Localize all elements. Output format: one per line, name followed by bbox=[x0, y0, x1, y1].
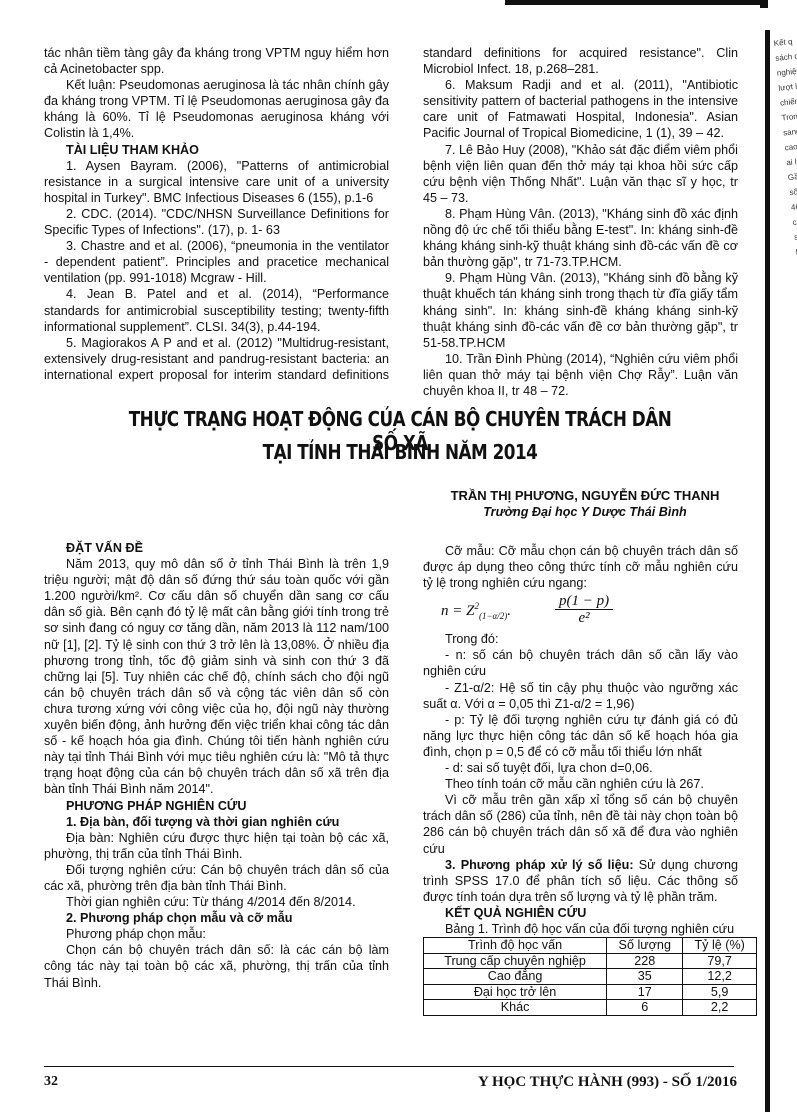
reference-item: 4. Jean B. Patel and et al. (2014), “Per… bbox=[44, 286, 389, 334]
table-caption: Bảng 1. Trình độ học vấn của đối tượng n… bbox=[423, 921, 738, 937]
sample-calc: Theo tính toán cỡ mẫu cần nghiên cứu là … bbox=[423, 776, 738, 792]
subheading-study-site: 1. Địa bàn, đối tượng và thời gian nghiê… bbox=[44, 814, 389, 830]
table-header-cell: Số lượng bbox=[607, 938, 683, 954]
sampling-label: Phương pháp chọn mẫu: bbox=[44, 926, 389, 942]
bleed-line: cán bộ chu bbox=[792, 213, 797, 230]
formula-fraction: p(1 − p) e² bbox=[555, 593, 613, 626]
references-heading: TÀI LIỆU THAM KHẢO bbox=[44, 142, 389, 158]
table-cell: 6 bbox=[607, 1000, 683, 1016]
sample-justification: Vì cỡ mẫu trên gần xấp xỉ tổng số cán bộ… bbox=[423, 792, 738, 856]
bleed-line: ai lữ 11 n bbox=[786, 153, 797, 170]
section-heading-methods: PHƯƠNG PHÁP NGHIÊN CỨU bbox=[44, 798, 389, 814]
reference-item: 6. Maksum Radji and et al. (2011), "Anti… bbox=[423, 77, 738, 141]
table-cell: 35 bbox=[607, 969, 683, 985]
table-cell: 79,7 bbox=[683, 953, 757, 969]
article-title-line-2: TẠI TỈNH THÁI BÌNH NĂM 2014 bbox=[114, 440, 685, 464]
reference-item: 8. Phạm Hùng Vân. (2013), "Kháng sinh đồ… bbox=[423, 206, 738, 270]
sampling-paragraph: Chọn cán bộ chuyên trách dân số: là các … bbox=[44, 942, 389, 990]
table-cell: 5,9 bbox=[683, 984, 757, 1000]
table-header-cell: Tỷ lệ (%) bbox=[683, 938, 757, 954]
table-cell: Đại học trở lên bbox=[424, 984, 607, 1000]
bleed-line: chiếm tỷ l bbox=[779, 93, 797, 110]
journal-footer: Y HỌC THỰC HÀNH (993) - SỐ 1/2016 bbox=[478, 1074, 737, 1091]
section-heading-results: KẾT QUẢ NGHIÊN CỨU bbox=[423, 905, 738, 921]
prev-article-left-column: tác nhân tiềm tàng gây đa kháng trong VP… bbox=[44, 45, 389, 383]
reference-item: 2. CDC. (2014). "CDC/NHSN Surveillance D… bbox=[44, 206, 389, 238]
table-header-cell: Trình độ học vấn bbox=[424, 938, 607, 954]
page-number: 32 bbox=[44, 1074, 58, 1090]
definition-n: - n: số cán bộ chuyên trách dân số cần l… bbox=[423, 647, 738, 679]
study-time-paragraph: Thời gian nghiên cứu: Từ tháng 4/2014 đế… bbox=[44, 894, 389, 910]
bleed-line: cao hoặc bbox=[784, 138, 797, 155]
table-cell: 228 bbox=[607, 953, 683, 969]
reference-item: 3. Chastre and et al. (2006), “pneumonia… bbox=[44, 238, 389, 286]
article-affiliation: Trường Đại học Y Dược Thái Bình bbox=[430, 505, 740, 519]
prev-article-conclusion: Kết luận: Pseudomonas aeruginosa là tác … bbox=[44, 77, 389, 141]
article-authors: TRẦN THỊ PHƯƠNG, NGUYỄN ĐỨC THANH bbox=[430, 488, 740, 503]
study-site-paragraph: Địa bàn: Nghiên cứu được thực hiện tại t… bbox=[44, 830, 389, 862]
scan-edge-artifact bbox=[505, 0, 767, 5]
where-label: Trong đó: bbox=[423, 631, 738, 647]
reference-item: 9. Phạm Hùng Vân. (2013), "Kháng sinh đồ… bbox=[423, 270, 738, 350]
bleed-line: số ng hiệ bbox=[789, 183, 797, 200]
table-row: Đại học trở lên 17 5,9 bbox=[424, 984, 757, 1000]
bleed-line: Trong bbox=[781, 108, 797, 125]
table-header-row: Trình độ học vấn Số lượng Tỷ lệ (%) bbox=[424, 938, 757, 954]
table-cell: 17 bbox=[607, 984, 683, 1000]
formula-lhs: n = Z2(1−α/2). bbox=[441, 603, 511, 619]
education-level-table: Trình độ học vấn Số lượng Tỷ lệ (%) Trun… bbox=[423, 937, 757, 1016]
definition-p: - p: Tỷ lệ đối tượng nghiên cứu tự đánh … bbox=[423, 712, 738, 760]
table-cell: 12,2 bbox=[683, 969, 757, 985]
page-gutter-shadow bbox=[765, 30, 770, 1112]
section-heading-intro: ĐẶT VẤN ĐỀ bbox=[44, 540, 389, 556]
bleed-line: sang số h bbox=[782, 123, 797, 140]
prev-article-right-column: standard definitions for acquired resist… bbox=[423, 45, 738, 399]
reference-item: 5. Magiorakos A P and et al. (2012) "Mul… bbox=[44, 335, 389, 383]
article-right-column: Cỡ mẫu: Cỡ mẫu chọn cán bộ chuyên trách … bbox=[423, 543, 738, 1016]
reference-item: 1. Aysen Bayram. (2006), "Patterns of an… bbox=[44, 158, 389, 206]
bleed-line: 46,5%) C bbox=[790, 198, 797, 215]
footer-rule bbox=[44, 1066, 734, 1067]
prev-article-paragraph: tác nhân tiềm tàng gây đa kháng trong VP… bbox=[44, 45, 389, 77]
table-row: Cao đẳng 35 12,2 bbox=[424, 969, 757, 985]
subheading-sampling: 2. Phương pháp chọn mẫu và cỡ mẫu bbox=[44, 910, 389, 926]
table-cell: Trung cấp chuyên nghiệp bbox=[424, 953, 607, 969]
sample-size-formula: n = Z2(1−α/2). p(1 − p) e² bbox=[423, 593, 738, 629]
bleed-line: số đều dượ bbox=[793, 227, 797, 244]
sample-size-paragraph: Cỡ mẫu: Cỡ mẫu chọn cán bộ chuyên trách … bbox=[423, 543, 738, 591]
reference-item-continued: standard definitions for acquired resist… bbox=[423, 45, 738, 77]
table-cell: 2,2 bbox=[683, 1000, 757, 1016]
table-cell: Cao đẳng bbox=[424, 969, 607, 985]
table-row: Khác 6 2,2 bbox=[424, 1000, 757, 1016]
reference-item: 10. Trần Đình Phùng (2014), “Nghiên cứu … bbox=[423, 351, 738, 399]
study-subject-paragraph: Đối tượng nghiên cứu: Cán bộ chuyên trác… bbox=[44, 862, 389, 894]
adjacent-page-bleed: Kết qsách dânnghiệp (7lượt là 12chiếm tỷ… bbox=[773, 33, 797, 1090]
intro-paragraph: Năm 2013, quy mô dân số ở tỉnh Thái Bình… bbox=[44, 556, 389, 797]
definition-z: - Z1-α/2: Hệ số tin cậy phụ thuộc vào ng… bbox=[423, 680, 738, 712]
scan-edge-artifact-corner bbox=[760, 0, 768, 8]
table-cell: Khác bbox=[424, 1000, 607, 1016]
table-row: Trung cấp chuyên nghiệp 228 79,7 bbox=[424, 953, 757, 969]
bleed-line: Gần m bbox=[787, 168, 797, 185]
reference-item: 7. Lê Bảo Huy (2008), "Khảo sát đặc điểm… bbox=[423, 142, 738, 206]
definition-d: - d: sai số tuyệt đối, lựa chon d=0,06. bbox=[423, 760, 738, 776]
article-left-column: ĐẶT VẤN ĐỀ Năm 2013, quy mô dân số ở tỉn… bbox=[44, 540, 389, 991]
data-analysis-paragraph: 3. Phương pháp xử lý số liệu: Sử dụng ch… bbox=[423, 857, 738, 905]
